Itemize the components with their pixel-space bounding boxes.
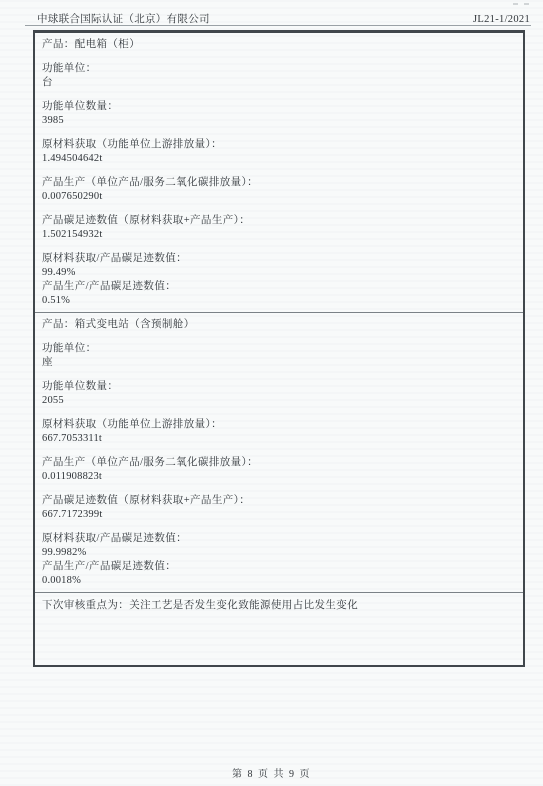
field-value: 台 [42,76,515,90]
product-ratios: 原材料获取/产品碳足迹数值：99.49%产品生产/产品碳足迹数值：0.51% [42,252,515,308]
ratio-value: 0.0018% [42,574,515,588]
field-value: 667.7172399t [42,508,515,522]
scan-artifact-marks [513,3,535,6]
field: 产品碳足迹数值（原材料获取+产品生产）：1.502154932t [42,214,515,242]
field: 功能单位：座 [42,342,515,370]
field: 原材料获取（功能单位上游排放量）：1.494504642t [42,138,515,166]
content-box: 产品：配电箱（柜） 功能单位：台功能单位数量：3985原材料获取（功能单位上游排… [33,30,525,667]
field: 产品生产（单位产品/服务二氧化碳排放量）：0.011908823t [42,456,515,484]
field: 功能单位数量：2055 [42,380,515,408]
field-value: 3985 [42,114,515,128]
ratio-value: 99.9982% [42,546,515,560]
ratio-label: 原材料获取/产品碳足迹数值： [42,252,515,266]
field: 功能单位：台 [42,62,515,90]
field-label: 功能单位： [42,62,515,76]
ratio-label: 产品生产/产品碳足迹数值： [42,280,515,294]
doc-number: JL21-1/2021 [473,14,530,25]
field: 原材料获取（功能单位上游排放量）：667.7053311t [42,418,515,446]
product-title: 产品：配电箱（柜） [42,38,515,52]
product-ratios: 原材料获取/产品碳足迹数值：99.9982%产品生产/产品碳足迹数值：0.001… [42,532,515,588]
field-label: 产品生产（单位产品/服务二氧化碳排放量）： [42,176,515,190]
field-label: 原材料获取（功能单位上游排放量）： [42,418,515,432]
ratio-value: 99.49% [42,266,515,280]
audit-focus-note: 下次审核重点为：关注工艺是否发生变化致能源使用占比发生变化 [42,599,515,613]
field-label: 原材料获取（功能单位上游排放量）： [42,138,515,152]
audit-focus-section: 下次审核重点为：关注工艺是否发生变化致能源使用占比发生变化 [35,592,523,665]
field: 产品生产（单位产品/服务二氧化碳排放量）：0.007650290t [42,176,515,204]
field-value: 0.007650290t [42,190,515,204]
field-value: 2055 [42,394,515,408]
product-fields: 功能单位：台功能单位数量：3985原材料获取（功能单位上游排放量）：1.4945… [42,62,515,242]
page-header: 中球联合国际认证（北京）有限公司 JL21-1/2021 [37,11,530,26]
field-label: 功能单位数量： [42,100,515,114]
field-label: 产品碳足迹数值（原材料获取+产品生产）： [42,214,515,228]
header-divider-line [25,25,531,26]
product-fields: 功能单位：座功能单位数量：2055原材料获取（功能单位上游排放量）：667.70… [42,342,515,522]
product-title: 产品：箱式变电站（含预制舱） [42,318,515,332]
field-label: 功能单位数量： [42,380,515,394]
field: 产品碳足迹数值（原材料获取+产品生产）：667.7172399t [42,494,515,522]
field-value: 1.502154932t [42,228,515,242]
field-value: 667.7053311t [42,432,515,446]
field: 功能单位数量：3985 [42,100,515,128]
field-label: 产品碳足迹数值（原材料获取+产品生产）： [42,494,515,508]
company-name: 中球联合国际认证（北京）有限公司 [37,11,210,26]
field-value: 1.494504642t [42,152,515,166]
field-label: 功能单位： [42,342,515,356]
ratio-value: 0.51% [42,294,515,308]
product-section: 产品：箱式变电站（含预制舱） 功能单位：座功能单位数量：2055原材料获取（功能… [35,312,523,592]
ratio-label: 产品生产/产品碳足迹数值： [42,560,515,574]
page-number: 第 8 页 共 9 页 [232,769,311,780]
document-page: 中球联合国际认证（北京）有限公司 JL21-1/2021 产品：配电箱（柜） 功… [0,0,543,786]
field-value: 座 [42,356,515,370]
field-value: 0.011908823t [42,470,515,484]
product-section: 产品：配电箱（柜） 功能单位：台功能单位数量：3985原材料获取（功能单位上游排… [35,33,523,312]
page-footer: 第 8 页 共 9 页 [0,765,543,780]
ratio-label: 原材料获取/产品碳足迹数值： [42,532,515,546]
field-label: 产品生产（单位产品/服务二氧化碳排放量）： [42,456,515,470]
